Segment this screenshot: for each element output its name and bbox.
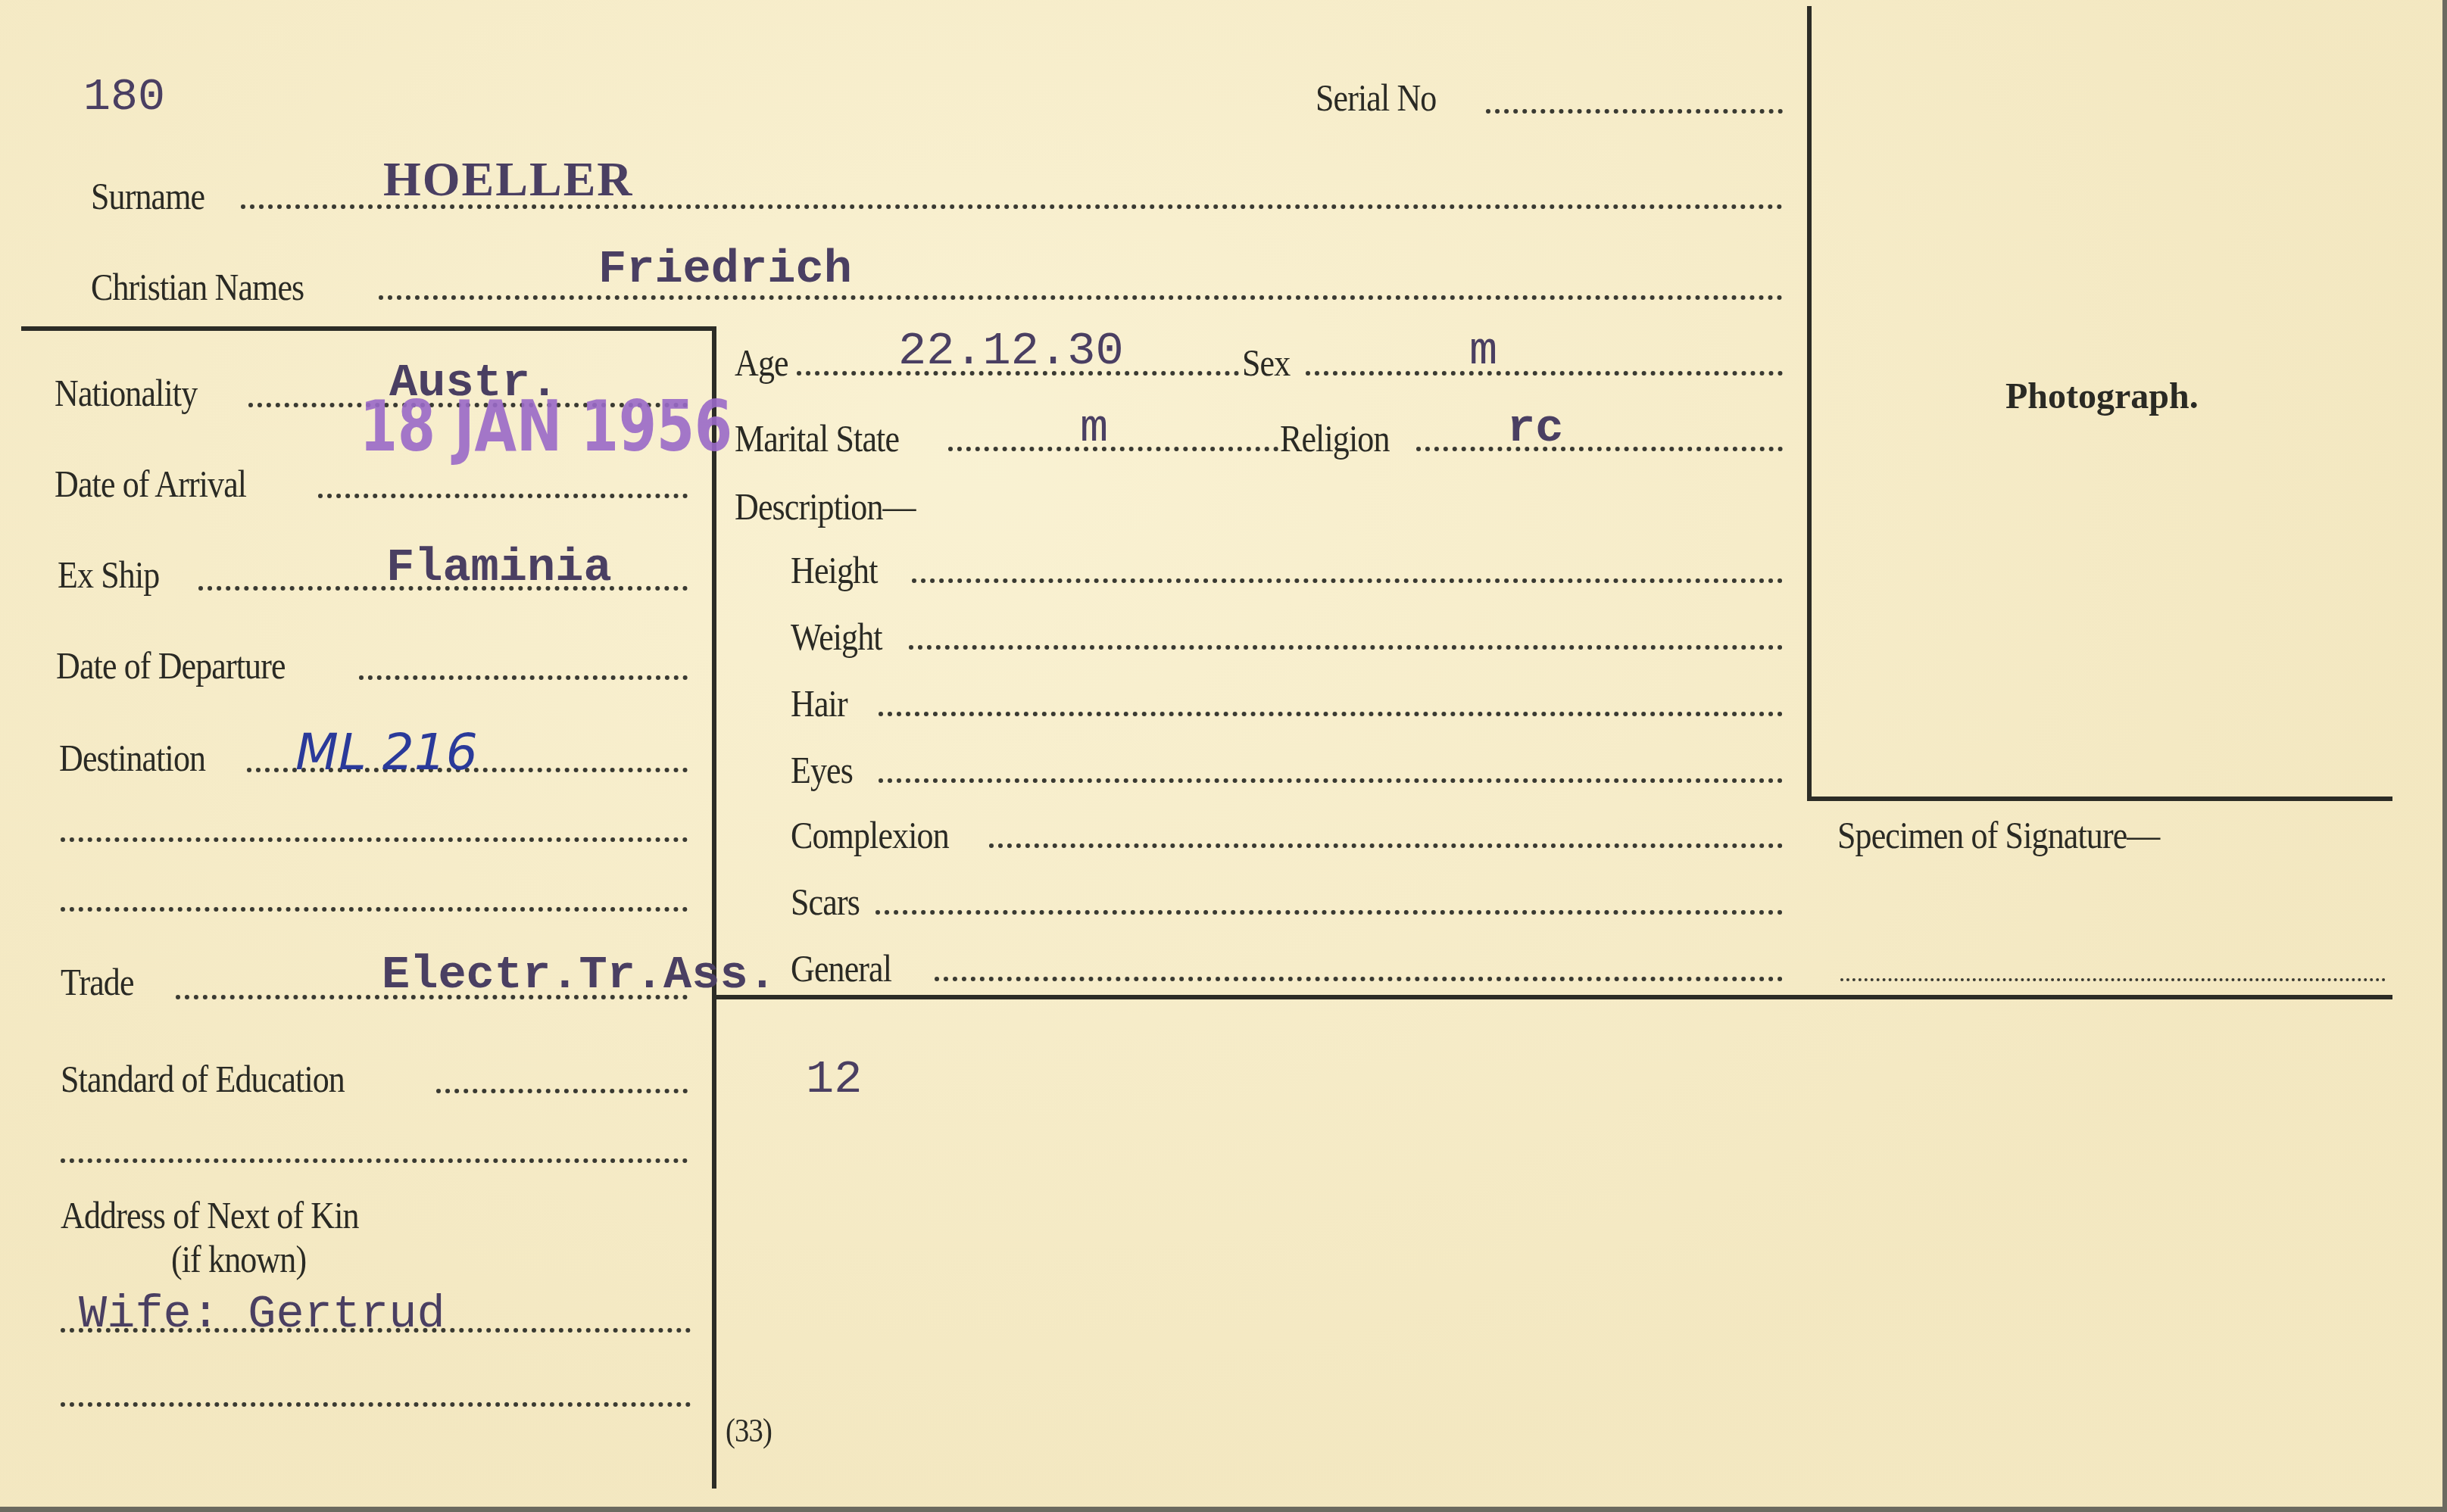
- arrival-date-stamp: 18 JAN 1956: [360, 386, 732, 467]
- nationality-label: Nationality: [55, 371, 197, 415]
- ex-ship-label: Ex Ship: [58, 553, 159, 597]
- description-label: Description—: [735, 485, 916, 528]
- photo-box-left-rule: [1807, 6, 1812, 801]
- weight-label: Weight: [791, 615, 882, 659]
- next-of-kin-label: Address of Next of Kin: [61, 1193, 359, 1237]
- eyes-field[interactable]: [879, 778, 1783, 783]
- serial-no-label: Serial No: [1316, 76, 1436, 120]
- complexion-label: Complexion: [791, 813, 949, 857]
- standard-of-education-field[interactable]: [436, 1089, 688, 1093]
- sex-value: m: [1469, 324, 1497, 378]
- religion-field[interactable]: [1416, 447, 1783, 451]
- general-field[interactable]: [935, 977, 1783, 981]
- destination-label: Destination: [59, 736, 205, 780]
- next-of-kin-sublabel: (if known): [171, 1237, 306, 1281]
- registration-card: 180 Serial No Surname HOELLER Christian …: [0, 0, 2442, 1507]
- left-box-top-rule: [21, 326, 715, 331]
- ex-ship-value: Flaminia: [386, 541, 612, 594]
- trade-label: Trade: [61, 960, 134, 1004]
- form-code: (33): [726, 1411, 772, 1450]
- education-extra-line[interactable]: [61, 1158, 688, 1163]
- next-of-kin-value: Wife: Gertrud: [79, 1287, 445, 1341]
- standard-of-education-label: Standard of Education: [61, 1057, 345, 1101]
- hair-field[interactable]: [879, 712, 1783, 716]
- left-box-right-rule: [712, 326, 716, 1489]
- extra-line-1[interactable]: [61, 837, 688, 842]
- christian-names-value: Friedrich: [598, 242, 852, 296]
- signature-field[interactable]: [1840, 978, 2386, 981]
- marital-state-field[interactable]: [948, 447, 1278, 451]
- date-of-arrival-label: Date of Arrival: [55, 462, 246, 506]
- scars-label: Scars: [791, 880, 860, 924]
- photo-box-bottom-rule: [1807, 797, 2392, 801]
- sex-label: Sex: [1242, 341, 1290, 385]
- height-label: Height: [791, 548, 877, 592]
- general-label: General: [791, 946, 891, 990]
- note-value: 12: [806, 1052, 862, 1106]
- photograph-label: Photograph.: [2005, 376, 2199, 417]
- destination-value: ML 216: [295, 723, 478, 781]
- date-of-departure-field[interactable]: [359, 675, 688, 680]
- religion-value: rc: [1507, 401, 1563, 455]
- marital-state-label: Marital State: [735, 416, 899, 460]
- religion-label: Religion: [1280, 416, 1390, 460]
- signature-label: Specimen of Signature—: [1837, 813, 2159, 857]
- sex-field[interactable]: [1306, 371, 1783, 376]
- next-of-kin-extra-line[interactable]: [61, 1402, 691, 1407]
- scars-field[interactable]: [875, 910, 1783, 915]
- complexion-field[interactable]: [989, 843, 1783, 848]
- hair-label: Hair: [791, 681, 847, 725]
- serial-no-field[interactable]: [1486, 109, 1783, 114]
- card-number: 180: [83, 72, 165, 123]
- christian-names-field[interactable]: [379, 295, 1783, 300]
- surname-label: Surname: [91, 174, 204, 218]
- extra-line-2[interactable]: [61, 907, 688, 912]
- middle-bottom-rule: [716, 995, 2392, 999]
- age-value: 22.12.30: [898, 324, 1124, 378]
- trade-value: Electr.Tr.Ass.: [382, 948, 776, 1002]
- height-field[interactable]: [912, 578, 1783, 583]
- weight-field[interactable]: [909, 645, 1783, 650]
- marital-state-value: m: [1080, 401, 1108, 455]
- date-of-departure-label: Date of Departure: [56, 644, 286, 687]
- christian-names-label: Christian Names: [91, 265, 304, 309]
- surname-value: HOELLER: [383, 151, 634, 207]
- eyes-label: Eyes: [791, 748, 853, 792]
- date-of-arrival-field[interactable]: [318, 494, 688, 498]
- age-label: Age: [735, 341, 788, 385]
